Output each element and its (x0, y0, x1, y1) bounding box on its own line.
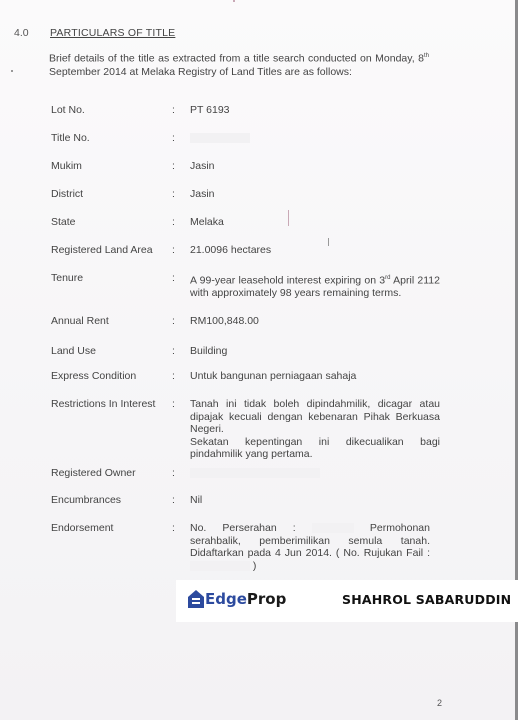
section-title: PARTICULARS OF TITLE (50, 27, 175, 39)
intro-paragraph: Brief details of the title as extracted … (49, 50, 429, 79)
field-value: Jasin (190, 188, 440, 201)
separator: : (172, 188, 175, 200)
field-value-redacted (190, 467, 440, 480)
field-label: Annual Rent (51, 315, 171, 327)
separator: : (172, 370, 175, 382)
separator: : (172, 104, 175, 116)
field-value: Melaka (190, 216, 440, 229)
separator: : (172, 272, 175, 284)
field-label: Endorsement (51, 522, 171, 534)
agent-name: SHAHROL SABARUDDIN (342, 592, 511, 607)
field-value: A 99-year leasehold interest expiring on… (190, 272, 440, 300)
field-value: No. Perserahan : Permohonan serahbalik, … (190, 522, 430, 572)
field-label: Mukim (51, 160, 171, 172)
separator: : (172, 132, 175, 144)
field-value: 21.0096 hectares (190, 244, 440, 257)
field-value-redacted (190, 132, 440, 145)
field-label: Encumbrances (51, 494, 171, 506)
field-label: Registered Owner (51, 467, 171, 479)
separator: : (172, 345, 175, 357)
edgeprop-logo: EdgeProp (188, 590, 286, 608)
separator: : (172, 467, 175, 479)
field-value: Tanah ini tidak boleh dipindahmilik, dic… (190, 398, 440, 461)
separator: : (172, 398, 175, 410)
field-label: Tenure (51, 272, 171, 284)
field-label: Land Use (51, 345, 171, 357)
field-label: Registered Land Area (51, 244, 171, 256)
separator: : (172, 244, 175, 256)
house-icon (188, 590, 204, 608)
field-value: Nil (190, 494, 440, 507)
field-label: Title No. (51, 132, 171, 144)
field-value: PT 6193 (190, 104, 440, 117)
field-value: Building (190, 345, 440, 358)
separator: : (172, 216, 175, 228)
field-label: Restrictions In Interest (51, 398, 171, 410)
field-value: RM100,848.00 (190, 315, 440, 328)
separator: : (172, 160, 175, 172)
field-value: Jasin (190, 160, 440, 173)
field-label: State (51, 216, 171, 228)
section-number: 4.0 (14, 27, 29, 39)
separator: : (172, 522, 175, 534)
field-label: District (51, 188, 171, 200)
separator: : (172, 494, 175, 506)
field-value: Untuk bangunan perniagaan sahaja (190, 370, 440, 383)
field-label: Lot No. (51, 104, 171, 116)
separator: : (172, 315, 175, 327)
page-number: 2 (437, 698, 442, 708)
field-label: Express Condition (51, 370, 171, 382)
